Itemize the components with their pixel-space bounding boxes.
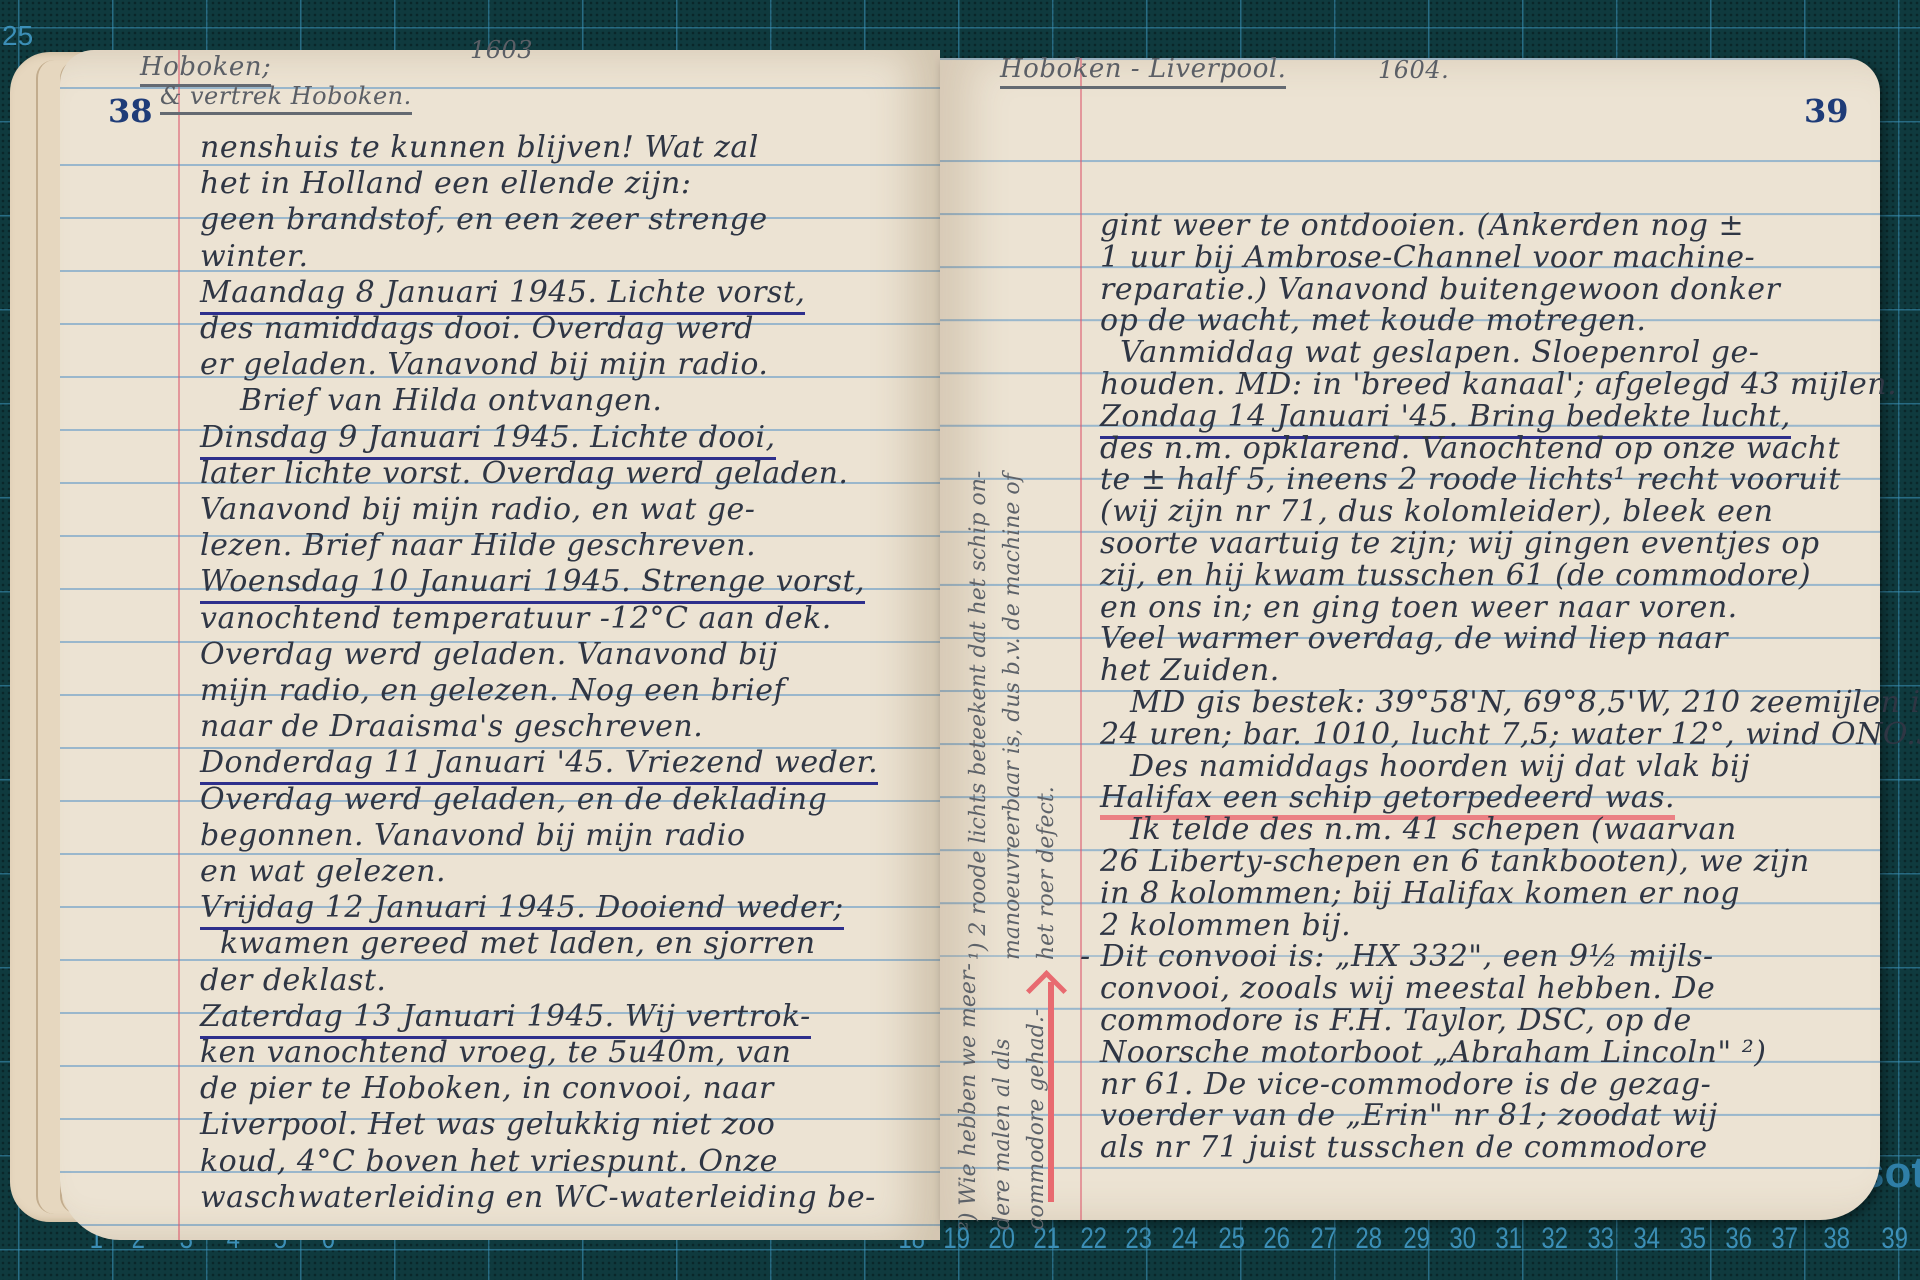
handwritten-line: 26 Liberty-schepen en 6 tankbooten), we …: [1100, 844, 1810, 879]
left-folio-number: 1603: [470, 36, 533, 64]
red-arrow-up-icon: [1048, 982, 1054, 1202]
margin-note-1-line: ¹) 2 roode lichts beteekent dat het schi…: [962, 471, 996, 960]
ruler-number: 35: [1679, 1222, 1706, 1256]
handwritten-line: kwamen gereed met laden, en sjorren: [220, 926, 816, 961]
handwritten-line: nenshuis te kunnen blijven! Wat zal: [200, 130, 759, 165]
handwritten-line: der deklast.: [200, 963, 386, 998]
handwritten-line: Ik telde des n.m. 41 schepen (waarvan: [1130, 812, 1737, 847]
ruler-number: 33: [1587, 1222, 1614, 1256]
handwritten-line: Des namiddags hoorden wij dat vlak bij: [1130, 749, 1750, 784]
handwritten-line: geen brandstof, en een zeer strenge: [200, 202, 768, 237]
ruler-number: 27: [1310, 1222, 1337, 1256]
handwritten-line: begonnen. Vanavond bij mijn radio: [200, 818, 746, 853]
handwritten-line: het in Holland een ellende zijn:: [200, 166, 692, 201]
handwritten-line: Woensdag 10 Januari 1945. Strenge vorst,: [200, 564, 865, 604]
ruler-number: 34: [1633, 1222, 1660, 1256]
handwritten-line: Brief van Hilda ontvangen.: [240, 383, 662, 418]
handwritten-line: soorte vaartuig te zijn; wij gingen even…: [1100, 526, 1820, 561]
handwritten-line: het Zuiden.: [1100, 653, 1280, 688]
right-header: Hoboken - Liverpool.: [1000, 54, 1286, 89]
handwritten-line: 1 uur bij Ambrose-Channel voor machine-: [1100, 240, 1755, 275]
margin-note-1-line: het roer defect.: [1030, 471, 1064, 960]
handwritten-line: mijn radio, en gelezen. Nog een brief: [200, 673, 785, 708]
handwritten-line: Vrijdag 12 Januari 1945. Dooiend weder;: [200, 890, 844, 930]
handwritten-line: waschwaterleiding en WC-waterleiding be-: [200, 1180, 876, 1215]
margin-note-1-line: manoeuvreerbaar is, dus b.v. de machine …: [996, 471, 1030, 960]
ruler-number: 38: [1823, 1222, 1850, 1256]
handwritten-line: en wat gelezen.: [200, 854, 446, 889]
handwritten-line: Dinsdag 9 Januari 1945. Lichte dooi,: [200, 420, 776, 460]
handwritten-line: commodore is F.H. Taylor, DSC, op de: [1100, 1003, 1692, 1038]
ruler-number: 31: [1495, 1222, 1522, 1256]
handwritten-line: Zaterdag 13 Januari 1945. Wij vertrok-: [200, 999, 811, 1039]
handwritten-line: gint weer te ontdooien. (Ankerden nog ±: [1100, 208, 1744, 243]
ruler-number: 23: [1125, 1222, 1152, 1256]
handwritten-line: Maandag 8 Januari 1945. Lichte vorst,: [200, 275, 805, 315]
handwritten-line: later lichte vorst. Overdag werd geladen…: [200, 456, 848, 491]
handwritten-line: MD gis bestek: 39°58'N, 69°8,5'W, 210 ze…: [1130, 685, 1920, 720]
handwritten-line: Overdag werd geladen. Vanavond bij: [200, 637, 778, 672]
ruler-number: 22: [1080, 1222, 1107, 1256]
right-folio-number: 1604.: [1378, 56, 1449, 84]
margin-note-2-line: ²) Wie hebben we meer-: [952, 963, 986, 1230]
ruler-number: 25: [1218, 1222, 1245, 1256]
ruler-number: 39: [1881, 1222, 1908, 1256]
handwritten-line: naar de Draaisma's geschreven.: [200, 709, 703, 744]
handwritten-line: als nr 71 juist tusschen de commodore: [1100, 1130, 1708, 1165]
handwritten-line: ken vanochtend vroeg, te 5u40m, van: [200, 1035, 791, 1070]
handwritten-line: zij, en hij kwam tusschen 61 (de commodo…: [1100, 558, 1811, 593]
handwritten-line: Overdag werd geladen, en de deklading: [200, 782, 827, 817]
handwritten-line: Veel warmer overdag, de wind liep naar: [1100, 621, 1728, 656]
ruler-number: 37: [1771, 1222, 1798, 1256]
margin-note-2-line: dere malen al als: [986, 963, 1020, 1230]
handwritten-line: des n.m. opklarend. Vanochtend op onze w…: [1100, 431, 1840, 466]
handwritten-line: reparatie.) Vanavond buitengewoon donker: [1100, 272, 1780, 307]
right-page-number: 39: [1804, 92, 1849, 130]
handwritten-line: convooi, zooals wij meestal hebben. De: [1100, 971, 1715, 1006]
handwritten-line: te ± half 5, ineens 2 roode lichts¹ rech…: [1100, 462, 1841, 497]
ruler-number: 32: [1541, 1222, 1568, 1256]
handwritten-line: en ons in; en ging toen weer naar voren.: [1100, 590, 1738, 625]
handwritten-line: er geladen. Vanavond bij mijn radio.: [200, 347, 768, 382]
handwritten-line: 2 kolommen bij.: [1100, 908, 1351, 943]
ruler-number: 28: [1355, 1222, 1382, 1256]
ruler-number: 26: [1263, 1222, 1290, 1256]
ruler-number: 29: [1403, 1222, 1430, 1256]
handwritten-line: 24 uren; bar. 1010, lucht 7,5; water 12°…: [1100, 717, 1920, 752]
handwritten-line: Vanavond bij mijn radio, en wat ge-: [200, 492, 755, 527]
handwritten-line: voerder van de „Erin" nr 81; zoodat wij: [1100, 1098, 1718, 1133]
handwritten-line: Donderdag 11 Januari '45. Vriezend weder…: [200, 745, 878, 785]
handwritten-line: Liverpool. Het was gelukkig niet zoo: [200, 1107, 775, 1142]
handwritten-line: houden. MD: in 'breed kanaal'; afgelegd …: [1100, 367, 1897, 402]
handwritten-line: winter.: [200, 239, 309, 274]
left-margin-line: [178, 50, 180, 1240]
handwritten-line: Vanmiddag wat geslapen. Sloepenrol ge-: [1120, 335, 1759, 370]
ruler-number: 24: [1171, 1222, 1198, 1256]
left-header-line2: & vertrek Hoboken.: [160, 82, 412, 115]
ruler-number: 36: [1725, 1222, 1752, 1256]
left-page-number: 38: [108, 92, 153, 130]
handwritten-line: lezen. Brief naar Hilde geschreven.: [200, 528, 756, 563]
handwritten-line: op de wacht, met koude motregen.: [1100, 303, 1646, 338]
handwritten-line: Noorsche motorboot „Abraham Lincoln" ²): [1100, 1035, 1766, 1070]
right-margin-line: [1080, 58, 1082, 1220]
handwritten-line: in 8 kolommen; bij Halifax komen er nog: [1100, 876, 1740, 911]
handwritten-line: des namiddags dooi. Overdag werd: [200, 311, 754, 346]
margin-note-1: ¹) 2 roode lichts beteekent dat het schi…: [962, 471, 1064, 960]
ruler-number: 30: [1449, 1222, 1476, 1256]
handwritten-line: - Dit convooi is: „HX 332", een 9½ mijls…: [1080, 939, 1714, 974]
mat-side-number: 25: [2, 20, 33, 52]
handwritten-line: de pier te Hoboken, in convooi, naar: [200, 1071, 774, 1106]
handwritten-line: (wij zijn nr 71, dus kolomleider), bleek…: [1100, 494, 1774, 529]
handwritten-line: vanochtend temperatuur -12°C aan dek.: [200, 601, 832, 636]
handwritten-line: nr 61. De vice-commodore is de gezag-: [1100, 1067, 1711, 1102]
handwritten-line: koud, 4°C boven het vriespunt. Onze: [200, 1144, 778, 1179]
